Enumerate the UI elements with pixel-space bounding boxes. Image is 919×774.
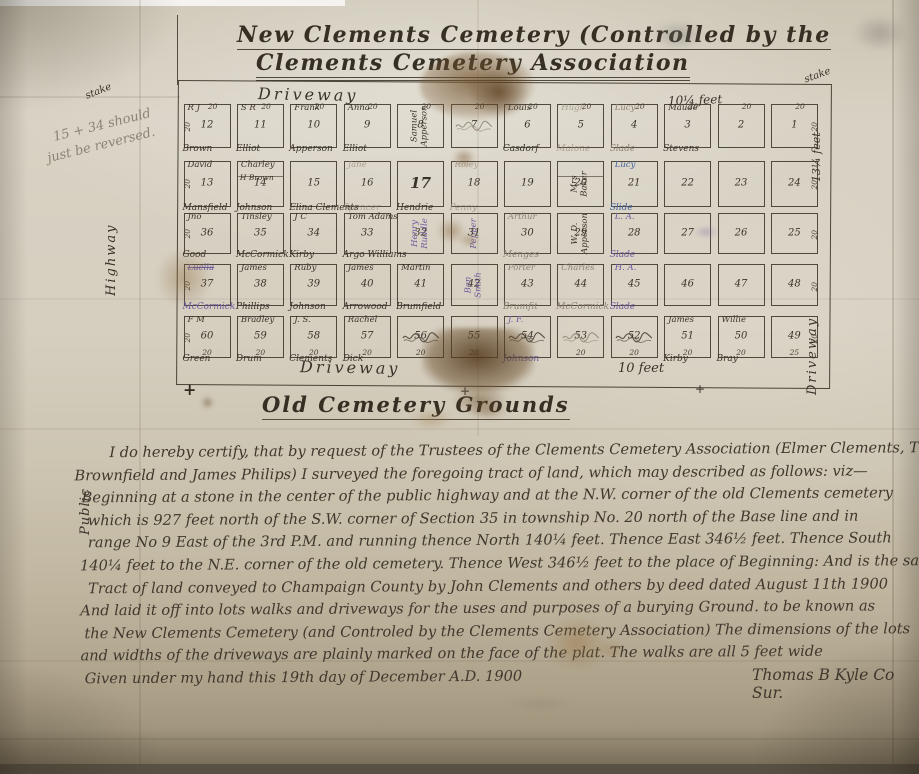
- plot-dimension: 20: [629, 349, 639, 357]
- plot-number: 28: [612, 227, 657, 238]
- plot-cell-56: 2056: [397, 316, 444, 358]
- plot-number: 26: [719, 227, 764, 238]
- plot-name-first: Hugh: [561, 104, 585, 113]
- measure-label-top: 10¼ feet: [668, 92, 723, 108]
- plot-cell-45: H. A.45Slade: [611, 264, 658, 306]
- plot-dimension: 20: [261, 103, 271, 111]
- plat-border-extension: [177, 15, 178, 85]
- plot-number: 30: [505, 227, 550, 238]
- plot-name-first: Willie: [722, 316, 747, 325]
- plot-name-first: Ruby: [294, 264, 316, 273]
- plot-number: 4: [612, 120, 657, 131]
- plot-cell-53: 2053: [557, 316, 604, 358]
- plot-cell-12: 2020R J12Brown: [184, 104, 231, 148]
- plot-cell-5: 20Hugh5Malone: [557, 104, 604, 148]
- illegible-scribble: [455, 114, 493, 138]
- plot-cell-50: 20Willie50Bray: [718, 316, 765, 358]
- measure-label-right: 13¼ feet: [810, 132, 823, 182]
- plot-number: 22: [665, 178, 710, 189]
- plot-name-last: Brumfit: [503, 303, 538, 312]
- illegible-scribble: [615, 326, 653, 348]
- plot-number: 57: [345, 331, 390, 342]
- plot-cell-7: 207: [451, 104, 498, 148]
- plot-number: 36: [185, 227, 230, 238]
- plot-name-first: Porter: [508, 264, 535, 273]
- plot-name-first: J. F.: [508, 316, 523, 325]
- plot-name-last: Bray: [717, 355, 738, 364]
- plot-number: 2: [719, 120, 764, 131]
- illegible-scribble: [402, 326, 440, 348]
- plot-cell-27: 27: [664, 213, 711, 254]
- plot-name-last: Brown: [183, 145, 213, 154]
- plot-number: 14: [238, 178, 283, 189]
- plot-name-first: Martin: [401, 264, 430, 273]
- highway-label: Highway: [104, 224, 119, 296]
- plot-number: 39: [291, 279, 336, 290]
- plot-number: 48: [772, 279, 817, 290]
- plot-cell-51: 20James51Kirby: [664, 316, 711, 358]
- plot-name-last: Menges: [503, 251, 539, 260]
- plot-number: 29: [558, 227, 603, 238]
- plot-cell-54: J. F.54Johnson: [504, 316, 551, 358]
- plot-name-first: Arthur: [508, 213, 537, 222]
- plot-number: 25: [772, 227, 817, 238]
- subheading: Old Cemetery Grounds: [262, 392, 570, 420]
- plot-name-last: McCormick: [236, 251, 289, 260]
- plot-cell-42: BenSmith42: [451, 264, 498, 306]
- plot-name-last: Slade: [610, 251, 636, 260]
- plot-name-last: Arrowood: [343, 303, 388, 312]
- plot-cell-16: Jane16Spencer: [344, 161, 391, 207]
- plot-number: 23: [719, 178, 764, 189]
- plot-number: 42: [452, 279, 497, 290]
- plot-name-first: R J: [188, 104, 201, 113]
- plot-cell-46: 46: [664, 264, 711, 306]
- plot-dimension: 25: [790, 349, 800, 357]
- measure-label-bottom: 10 feet: [618, 361, 664, 376]
- survey-cross: +: [695, 382, 705, 396]
- plot-cell-17: 17Hendrie: [397, 161, 444, 207]
- plot-name-last: Green: [183, 355, 211, 364]
- plot-cell-10: 20Frank10Apperson: [290, 104, 337, 148]
- plot-cell-6: 20Louis6Casdorf: [504, 104, 551, 148]
- plot-cell-34: J C34Kirby: [290, 213, 337, 254]
- plot-name-first: Charley: [241, 161, 275, 170]
- plot-number: 46: [665, 279, 710, 290]
- plot-name-first: J C: [294, 213, 307, 222]
- plot-number: 60: [185, 331, 230, 342]
- plot-cell-55: 2055: [451, 316, 498, 358]
- plot-cell-3: 20Maude3Stevens: [664, 104, 711, 148]
- plot-subdivision-line: [238, 176, 283, 177]
- plot-cell-2: 202: [718, 104, 765, 148]
- illegible-scribble: [562, 326, 600, 348]
- plot-number: 15: [291, 178, 336, 189]
- plot-name-first: Rachel: [348, 316, 378, 325]
- plot-cell-37: 20Luella37McCormick: [184, 264, 231, 306]
- plot-number: 43: [505, 279, 550, 290]
- plot-name-first: J. S.: [294, 316, 310, 325]
- photo-background-sliver: [0, 0, 345, 6]
- plot-name-first: James: [348, 264, 374, 273]
- plot-name-last: Casdorf: [503, 145, 539, 154]
- plot-number: 40: [345, 279, 390, 290]
- plot-number: 58: [291, 331, 336, 342]
- plot-number: 12: [185, 120, 230, 131]
- plot-dimension: 20: [208, 103, 218, 111]
- plot-cell-43: Porter43Brumfit: [504, 264, 551, 306]
- plot-name-last: Elliot: [236, 145, 260, 154]
- plot-name-last: Apperson: [289, 145, 332, 154]
- plot-subdivision-line: [558, 176, 603, 177]
- plot-name-last: Brumfield: [396, 303, 441, 312]
- plot-dimension: 20: [635, 103, 645, 111]
- plot-name-last: Slade: [610, 303, 636, 312]
- plot-name-first: Charles: [561, 264, 594, 273]
- plot-name-last: Slade: [610, 145, 636, 154]
- plot-number: 18: [452, 178, 497, 189]
- document-title-line2: Clements Cemetery Association: [256, 50, 690, 76]
- plot-number: 34: [291, 227, 336, 238]
- plot-number: 3: [665, 120, 710, 131]
- survey-cross: +: [183, 380, 196, 399]
- plot-number: 37: [185, 279, 230, 290]
- plot-number: 50: [719, 331, 764, 342]
- plot-cell-33: Tom Adams33Argo Williams: [344, 213, 391, 254]
- plot-dimension: 20: [742, 103, 752, 111]
- plot-name-first: James: [241, 264, 267, 273]
- plot-number: 27: [665, 227, 710, 238]
- plot-number: 17: [398, 174, 443, 192]
- plot-name-first: Louis: [508, 104, 531, 113]
- plot-number: 44: [558, 279, 603, 290]
- plot-cell-48: 2048: [771, 264, 818, 306]
- plot-cell-44: Charles44McCormick: [557, 264, 604, 306]
- plot-number: 59: [238, 331, 283, 342]
- driveway-label-bottom: Driveway: [300, 357, 401, 378]
- plot-name-first: Tom Adams: [348, 213, 398, 222]
- plot-number: 11: [238, 120, 283, 131]
- plot-name-first: Jane: [348, 161, 367, 170]
- plot-cell-35: Tinsley35McCormick: [237, 213, 284, 254]
- certificate-text: I do hereby certify, that by request of …: [0, 437, 919, 691]
- plot-number: 55: [452, 331, 497, 342]
- plot-number: 41: [398, 279, 443, 290]
- plot-name-last: Good: [183, 251, 207, 260]
- plot-cell-29: W. D.Apperson29: [557, 213, 604, 254]
- plot-name-first: Lucy: [615, 104, 636, 113]
- plot-cell-8: 20SamuelApperson8: [397, 104, 444, 148]
- driveway-label-top: Driveway: [258, 84, 359, 105]
- plot-cell-60: 2020F M60Green: [184, 316, 231, 358]
- plot-cell-31: Pepper31: [451, 213, 498, 254]
- plot-name-last: Phillips: [236, 303, 270, 312]
- plot-name-first: F M: [188, 316, 205, 325]
- plot-number: 33: [345, 227, 390, 238]
- plot-number: 8: [398, 120, 443, 131]
- plot-number: 5: [558, 120, 603, 131]
- plot-name-first: Bradley: [241, 316, 274, 325]
- plot-number: 16: [345, 178, 390, 189]
- plot-cell-25: 2025: [771, 213, 818, 254]
- plot-number: 9: [345, 120, 390, 131]
- plot-name-last: McCormick: [556, 303, 609, 312]
- plot-name-first: Tinsley: [241, 213, 272, 222]
- plot-name-last: Stevens: [663, 145, 699, 154]
- plot-cell-59: 20Bradley59Drum: [237, 316, 284, 358]
- plot-number: 47: [719, 279, 764, 290]
- plot-name-first: Roley: [455, 161, 479, 170]
- plot-cell-40: James40Arrowood: [344, 264, 391, 306]
- plot-cell-20: Mrs Baker20: [557, 161, 604, 207]
- plot-cell-38: James38Phillips: [237, 264, 284, 306]
- plot-name-first: Luella: [188, 264, 215, 273]
- plot-number: 31: [452, 227, 497, 238]
- plot-cell-23: 23: [718, 161, 765, 207]
- plot-cell-22: 22: [664, 161, 711, 207]
- plot-dimension: 20: [795, 103, 805, 111]
- plot-name-last: Drum: [236, 355, 262, 364]
- photo-edge: [0, 764, 919, 774]
- document-title-line1: New Clements Cemetery (Controlled by the: [237, 22, 831, 48]
- plot-name-last: Kirby: [663, 355, 688, 364]
- plot-cell-39: Ruby39Johnson: [290, 264, 337, 306]
- plot-name-first: Jno: [188, 213, 202, 222]
- plot-name-first: Lucy: [615, 161, 636, 170]
- plot-number: 13: [185, 178, 230, 189]
- plot-cell-13: 20David13Mansfield: [184, 161, 231, 207]
- plot-number: 38: [238, 279, 283, 290]
- plot-cell-15: 15Elina Clements: [290, 161, 337, 207]
- plot-number: 21: [612, 178, 657, 189]
- plot-name-first: James: [668, 316, 694, 325]
- plot-cell-28: L. A.28Slade: [611, 213, 658, 254]
- plot-cell-41: Martin41Brumfield: [397, 264, 444, 306]
- plot-name-last: Johnson: [503, 355, 539, 364]
- plot-cell-26: 26: [718, 213, 765, 254]
- plot-name-first: David: [188, 161, 213, 170]
- surveyor-signature: Thomas B Kyle Co Sur.: [752, 666, 919, 702]
- plot-dimension: 20: [469, 349, 479, 357]
- plot-cell-18: Roley18Penny: [451, 161, 498, 207]
- driveway-label-right: Driveway: [805, 317, 820, 395]
- plot-number: 32: [398, 227, 443, 238]
- plot-name-last: McCormick: [183, 303, 236, 312]
- plot-cell-58: 20J. S.58Clements: [290, 316, 337, 358]
- plot-cell-32: HenryRuddle32: [397, 213, 444, 254]
- plot-number: 1: [772, 120, 817, 131]
- plot-name-last: Malone: [556, 145, 590, 154]
- plot-number: 19: [505, 178, 550, 189]
- plot-cell-57: 20Rachel57Dick: [344, 316, 391, 358]
- plot-number: 6: [505, 120, 550, 131]
- plot-number: 35: [238, 227, 283, 238]
- plot-name-last: Johnson: [289, 303, 325, 312]
- plot-cell-21: Lucy21Slide: [611, 161, 658, 207]
- plot-number: 51: [665, 331, 710, 342]
- plot-name-first: Anna: [348, 104, 370, 113]
- plot-cell-9: 20Anna9Elliot: [344, 104, 391, 148]
- plot-number: 45: [612, 279, 657, 290]
- cemetery-plat-document: New Clements Cemetery (Controlled by the…: [0, 0, 919, 774]
- plot-name-last: Elliot: [343, 145, 367, 154]
- plot-cell-11: 20S R11Elliot: [237, 104, 284, 148]
- plot-number: 10: [291, 120, 336, 131]
- plot-name-last: Kirby: [289, 251, 314, 260]
- plot-cell-36: 20Jno36Good: [184, 213, 231, 254]
- plot-name-first: L. A.: [615, 213, 635, 222]
- plot-number: 20: [558, 178, 603, 189]
- plot-name-first: H. A.: [615, 264, 637, 273]
- plot-name-first: S R: [241, 104, 256, 113]
- plot-name-first: Frank: [294, 104, 320, 113]
- plot-cell-4: 20Lucy4Slade: [611, 104, 658, 148]
- plot-cell-52: 2052: [611, 316, 658, 358]
- plot-cell-19: 19: [504, 161, 551, 207]
- plot-dimension: 20: [362, 349, 372, 357]
- plot-cell-30: Arthur30Menges: [504, 213, 551, 254]
- plot-cell-14: CharleyH Brown14Johnson: [237, 161, 284, 207]
- illegible-scribble: [508, 326, 546, 348]
- plot-cell-47: 47: [718, 264, 765, 306]
